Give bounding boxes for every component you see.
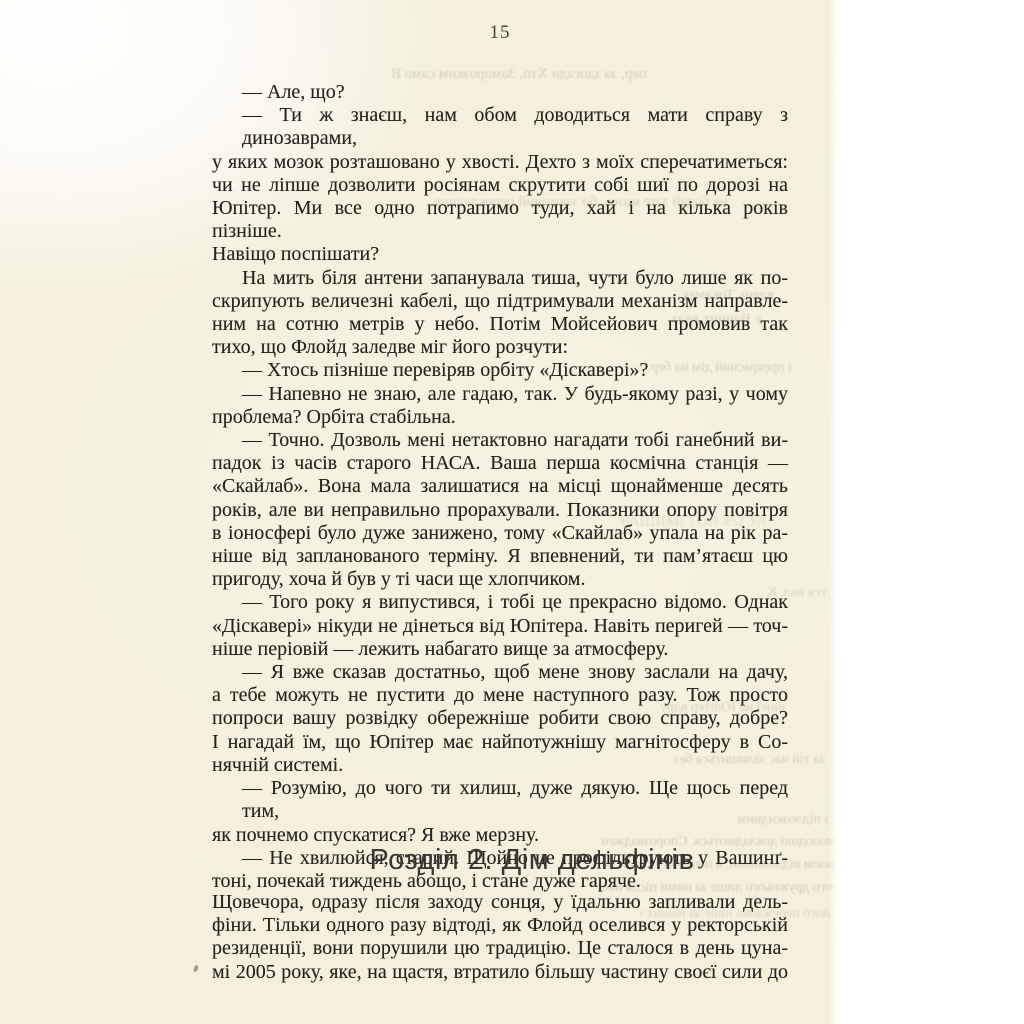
text-line: скрипують величезні кабелі, що підтримув… bbox=[212, 290, 788, 313]
text-line: пригоду, хоча й був у ті часи ще хлопчик… bbox=[212, 568, 788, 591]
text-line: ніше періовій — лежить набагато вище за … bbox=[212, 638, 788, 661]
paragraph: — Хтось пізніше перевіряв орбіту «Діскав… bbox=[212, 359, 788, 382]
paragraph: — Точно. Дозволь мені нетактовно нагадат… bbox=[212, 429, 788, 591]
text-line: «Скайлаб». Вона мала залишатися на місці… bbox=[212, 475, 788, 498]
text-line: резиденції, вони порушили цю традицію. Ц… bbox=[212, 937, 788, 960]
paragraph: — Того року я випустився, і тобі це прек… bbox=[212, 591, 788, 661]
text-line: — Хтось пізніше перевіряв орбіту «Діскав… bbox=[212, 359, 788, 382]
text-line: — Ти ж знаєш, нам обом доводиться мати с… bbox=[212, 104, 788, 150]
paragraph: — Я вже сказав достатньо, щоб мене знову… bbox=[212, 661, 788, 777]
body-text-column: — Але, що?— Ти ж знаєш, нам обом доводит… bbox=[212, 81, 788, 893]
paragraph: На мить біля антени запанувала тиша, чут… bbox=[212, 267, 788, 360]
paragraph: — Ти ж знаєш, нам обом доводиться мати с… bbox=[212, 104, 788, 266]
text-line: — Розумію, до чого ти хилиш, дуже дякую.… bbox=[212, 777, 788, 823]
chapter-heading: Розділ 2. Дім дельфінів bbox=[244, 844, 820, 877]
page-number: 15 bbox=[212, 22, 788, 44]
text-line: нячній системі. bbox=[212, 754, 788, 777]
text-line: — Я вже сказав достатньо, щоб мене знову… bbox=[212, 661, 788, 684]
paragraph: — Напевно не знаю, але гадаю, так. У буд… bbox=[212, 383, 788, 429]
scan-canvas: пер, за здогади Хто, Заморозким само Вол… bbox=[0, 0, 1024, 1024]
text-line: — Точно. Дозволь мені нетактовно нагадат… bbox=[212, 429, 788, 452]
text-line: падок із часів старого НАСА. Ваша перша … bbox=[212, 452, 788, 475]
text-line: попроси вашу розвідку обережніше робити … bbox=[212, 707, 788, 730]
paragraph: — Але, що? bbox=[212, 81, 788, 104]
text-line: — Але, що? bbox=[212, 81, 788, 104]
text-line: «Діскавері» нікуди не дінеться від Юпіте… bbox=[212, 615, 788, 638]
text-line: Юпітер. Ми все одно потрапимо туди, хай … bbox=[212, 197, 788, 243]
text-line: На мить біля антени запанувала тиша, чут… bbox=[212, 267, 788, 290]
chapter-first-paragraph: Щовечора, одразу після заходу сонця, у ї… bbox=[212, 891, 788, 984]
text-line: проблема? Орбіта стабільна. bbox=[212, 406, 788, 429]
text-line: чи не ліпше дозволити росіянам скрутити … bbox=[212, 174, 788, 197]
text-line: у яких мозок розташовано у хвості. Дехто… bbox=[212, 151, 788, 174]
text-line: фіни. Тільки одного разу відтоді, як Фло… bbox=[212, 914, 788, 937]
book-page: пер, за здогади Хто, Заморозким само Вол… bbox=[0, 0, 838, 1024]
text-line: — Напевно не знаю, але гадаю, так. У буд… bbox=[212, 383, 788, 406]
text-line: мі 2005 року, яке, на щастя, втратило бі… bbox=[212, 961, 788, 984]
text-line: а тебе можуть не пустити до мене наступн… bbox=[212, 684, 788, 707]
text-line: ним на сотню метрів у небо. Потім Мойсей… bbox=[212, 313, 788, 336]
text-line: ніше від запланованого терміну. Я впевне… bbox=[212, 545, 788, 568]
text-line: тихо, що Флойд заледве міг його розчути: bbox=[212, 336, 788, 359]
text-line: Навіщо поспішати? bbox=[212, 243, 788, 266]
paragraph: — Розумію, до чого ти хилиш, дуже дякую.… bbox=[212, 777, 788, 847]
text-line: в іоносфері було дуже занижено, тому «Ск… bbox=[212, 522, 788, 545]
paragraph: Щовечора, одразу після заходу сонця, у ї… bbox=[212, 891, 788, 984]
text-line: І нагадай їм, що Юпітер має найпотужнішу… bbox=[212, 731, 788, 754]
text-line: — Того року я випустився, і тобі це прек… bbox=[212, 591, 788, 614]
scan-speck bbox=[193, 965, 199, 973]
text-line: років, але ви неправильно прорахували. П… bbox=[212, 499, 788, 522]
text-line: Щовечора, одразу після заходу сонця, у ї… bbox=[212, 891, 788, 914]
